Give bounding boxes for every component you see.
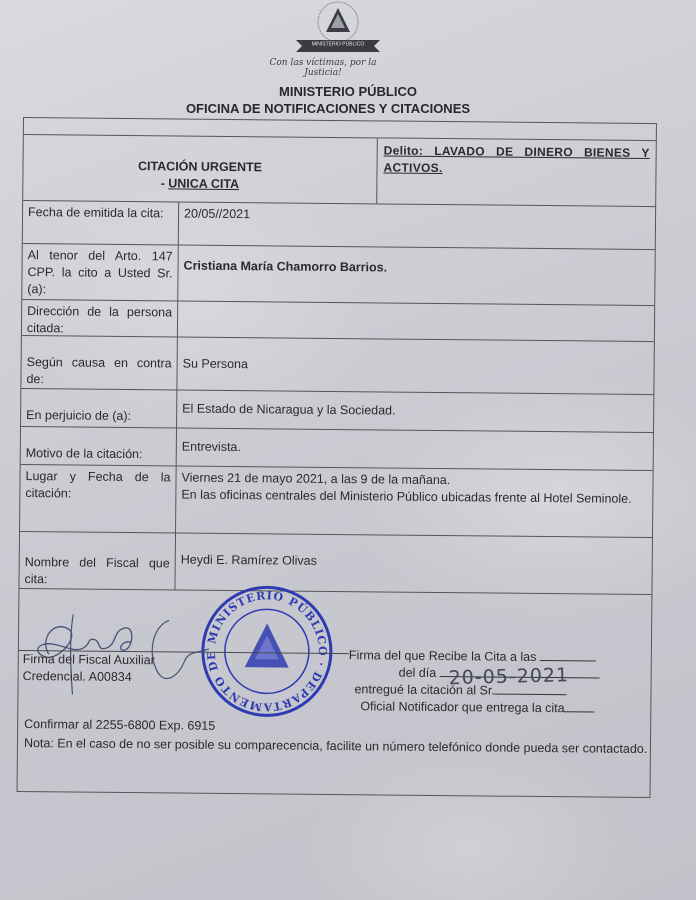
field-row-causa: Según causa en contra de: Su Persona <box>21 336 653 395</box>
field-value: El Estado de Nicaragua y la Sociedad. <box>177 390 653 432</box>
receiver-day-label: del día <box>399 666 437 680</box>
institution-title: MINISTERIO PÚBLICO <box>0 84 696 99</box>
field-row-direccion: Dirección de la persona citada: <box>22 300 654 342</box>
field-value: Entrevista. <box>177 428 653 470</box>
field-label: Fecha de emitida la cita: <box>23 201 179 244</box>
office-title: OFICINA DE NOTIFICACIONES Y CITACIONES <box>0 101 636 116</box>
notifier-blank <box>565 711 595 712</box>
credential: Credencial. A00834 <box>23 669 132 684</box>
field-label: En perjuicio de (a): <box>21 389 177 427</box>
cited-person-name: Cristiana María Chamorro Barrios. <box>178 246 655 306</box>
unica-cita: UNICA CITA <box>168 176 239 191</box>
signature-section: MINISTERIO PÚBLICO · DEPARTAMENTO DE MAN… <box>18 589 652 797</box>
field-value: Su Persona <box>177 337 653 394</box>
field-label: Lugar y Fecha de la citación: <box>20 465 177 532</box>
field-label: Nombre del Fiscal que cita: <box>19 532 176 589</box>
citation-form: CITACIÓN URGENTE - UNICA CITA Delito: LA… <box>17 117 657 798</box>
receiver-time-blank <box>540 660 596 662</box>
notifier-label: Oficial Notificador que entrega la cita <box>360 699 564 715</box>
handwritten-date: 20-05-2021 <box>448 664 569 689</box>
field-row-citado: Al tenor del Arto. 147 CPP. la cito a Us… <box>22 244 655 306</box>
confirm-phone: Confirmar al 2255-6800 Exp. 6915 <box>24 717 215 733</box>
field-row-motivo: Motivo de la citación: Entrevista. <box>21 427 653 471</box>
field-row-perjuicio: En perjuicio de (a): El Estado de Nicara… <box>21 389 653 433</box>
field-label: Motivo de la citación: <box>21 427 177 465</box>
field-value <box>178 301 654 341</box>
form-header-row: CITACIÓN URGENTE - UNICA CITA Delito: LA… <box>23 135 656 207</box>
field-row-fecha: Fecha de emitida la cita: 20/05//2021 <box>23 201 655 250</box>
svg-text:MINISTERIO PÚBLICO: MINISTERIO PÚBLICO <box>312 41 365 48</box>
field-label: Según causa en contra de: <box>21 336 177 389</box>
citation-type: CITACIÓN URGENTE - UNICA CITA <box>23 135 378 203</box>
delivered-to-blank <box>495 694 567 696</box>
field-label: Dirección de la persona citada: <box>22 300 178 336</box>
receiver-time-label: Firma del que Recibe la Cita a las <box>349 648 537 664</box>
crime-description: Delito: LAVADO DE DINERO BIENES Y ACTIVO… <box>377 138 656 206</box>
citation-subtitle: - UNICA CITA <box>28 174 371 194</box>
field-value: Viernes 21 de mayo 2021, a las 9 de la m… <box>176 466 653 537</box>
logo-motto: Con las víctimas, por la Justicia! <box>258 58 388 78</box>
field-label: Al tenor del Arto. 147 CPP. la cito a Us… <box>22 244 179 300</box>
ministerio-publico-logo-icon: MINISTERIO PÚBLICO <box>288 0 388 62</box>
field-value: 20/05//2021 <box>179 203 655 250</box>
field-row-lugar: Lugar y Fecha de la citación: Viernes 21… <box>20 465 653 538</box>
lugar-place: En las oficinas centrales del Ministerio… <box>181 487 647 508</box>
signer-label: Firma del Fiscal Auxiliar <box>23 652 155 667</box>
note-text: Nota: En el caso de no ser posible su co… <box>24 734 654 758</box>
